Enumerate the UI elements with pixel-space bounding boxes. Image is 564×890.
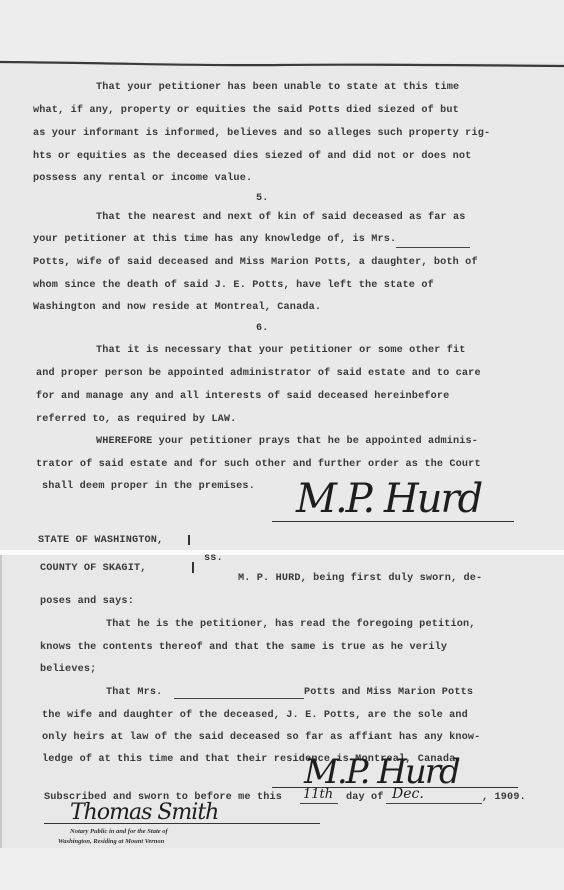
- verification-para2-line: only heirs at law of the said deceased s…: [42, 732, 480, 743]
- petition-para6-line: That it is necessary that your petitione…: [96, 345, 466, 356]
- blank-line-mrs-name: [396, 247, 470, 248]
- section-number-5: 5.: [256, 193, 269, 204]
- petitioner-signature-line: [272, 521, 514, 522]
- petition-para6-line: for and manage any and all interests of …: [36, 391, 449, 402]
- bottom-margin: [0, 848, 564, 890]
- jurat-day-line: [300, 803, 338, 804]
- jurat-day: 11th: [303, 787, 333, 802]
- section-number-6: 6.: [256, 323, 269, 334]
- verification-para2-line: the wife and daughter of the deceased, J…: [42, 710, 468, 721]
- jurat-year: , 1909.: [482, 792, 526, 803]
- petition-para5-line: your petitioner at this time has any kno…: [33, 234, 396, 245]
- petition-para5-line: That the nearest and next of kin of said…: [96, 212, 466, 223]
- petition-para4-line: what, if any, property or equities the s…: [33, 105, 459, 116]
- petition-para5-line: Washington and now reside at Montreal, C…: [33, 302, 321, 313]
- petition-para4-line: That your petitioner has been unable to …: [96, 82, 459, 93]
- wherefore-line: WHEREFORE your petitioner prays that he …: [96, 436, 478, 447]
- petition-para4-line: possess any rental or income value.: [33, 173, 252, 184]
- venue-brace-bottom: [192, 562, 194, 573]
- blank-line-mrs-name-affidavit: [174, 698, 304, 699]
- petition-para5-line: Potts, wife of said deceased and Miss Ma…: [33, 257, 478, 268]
- wherefore-line: trator of said estate and for such other…: [36, 459, 481, 470]
- deposes-line: poses and says:: [40, 596, 134, 607]
- affiant-intro: M. P. HURD, being first duly sworn, de-: [238, 573, 482, 584]
- petition-para6-line: referred to, as required by LAW.: [36, 414, 236, 425]
- notary-caption-line: Washington, Residing at Mount Vernon: [58, 838, 164, 845]
- page-fold-line: [0, 58, 564, 68]
- notary-caption-line: Notary Public in and for the State of: [70, 828, 168, 835]
- venue-county: COUNTY OF SKAGIT,: [40, 563, 146, 574]
- notary-signature: Thomas Smith: [70, 800, 218, 825]
- affiant-signature: M.P. Hurd: [304, 752, 459, 792]
- document-page: That your petitioner has been unable to …: [0, 0, 564, 890]
- verification-para1-line: knows the contents thereof and that the …: [40, 642, 447, 653]
- venue-state: STATE OF WASHINGTON,: [38, 535, 163, 546]
- jurat-month-line: [386, 803, 482, 804]
- petitioner-signature: M.P. Hurd: [296, 476, 481, 522]
- venue-brace-top: [188, 535, 190, 545]
- petition-para5-line: whom since the death of said J. E. Potts…: [33, 280, 434, 291]
- jurat-mid: day of: [346, 792, 384, 803]
- verification-para2-prefix: That Mrs.: [106, 687, 162, 698]
- petition-para6-line: and proper person be appointed administr…: [36, 368, 481, 379]
- verification-para1-line: believes;: [40, 664, 96, 675]
- venue-ss: ss.: [204, 553, 223, 564]
- petition-para4-line: hts or equities as the deceased dies sie…: [33, 151, 471, 162]
- verification-para1-line: That he is the petitioner, has read the …: [106, 619, 476, 630]
- notary-signature-line: [44, 823, 320, 824]
- verification-para2-suffix: Potts and Miss Marion Potts: [304, 687, 473, 698]
- wherefore-line: shall deem proper in the premises.: [42, 481, 255, 492]
- jurat-month: Dec.: [392, 786, 424, 802]
- petition-para4-line: as your informant is informed, believes …: [33, 128, 490, 139]
- top-margin: [0, 0, 564, 62]
